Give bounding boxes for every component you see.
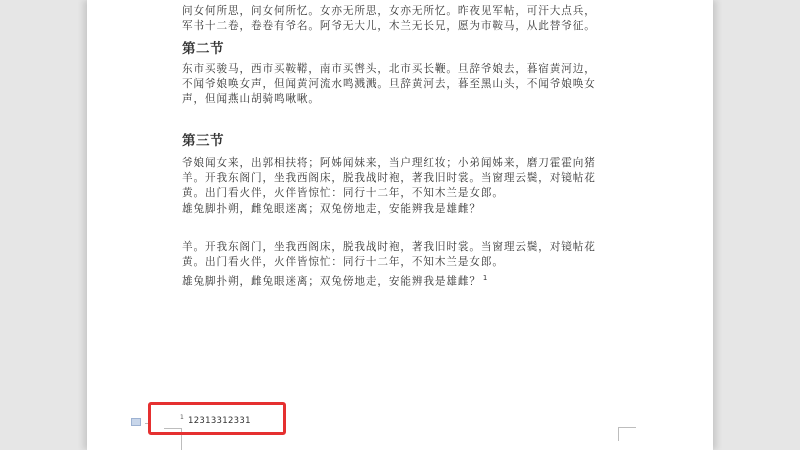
section3-paragraph-4[interactable]: 雄兔脚扑朔，雌兔眼迷离；双兔傍地走，安能辨我是雄雌？1	[182, 271, 488, 290]
text-line: 羊。开我东阁门，坐我西阁床，脱我战时袍，著我旧时裳。当窗理云鬓，对镜帖花	[182, 171, 596, 186]
section2-paragraph[interactable]: 东市买骏马，西市买鞍鞯，南市买辔头，北市买长鞭。旦辞爷娘去，暮宿黄河边， 不闻爷…	[182, 62, 596, 108]
footnote-highlight-box	[148, 402, 286, 435]
text-line: 军书十二卷，卷卷有爷名。阿爷无大儿，木兰无长兄，愿为市鞍马，从此替爷征。	[182, 19, 596, 34]
document-workspace: 问女何所思，问女何所忆。女亦无所思，女亦无所忆。昨夜见军帖，可汗大点兵， 军书十…	[0, 0, 800, 450]
text-line: 羊。开我东阁门，坐我西阁床，脱我战时袍，著我旧时裳。当窗理云鬓，对镜帖花	[182, 240, 596, 255]
section-heading-2[interactable]: 第二节	[182, 37, 224, 57]
text-line: 黄。出门看火伴，火伴皆惊忙：同行十二年，不知木兰是女郎。	[182, 255, 596, 270]
section3-paragraph-1[interactable]: 爷娘闻女来，出郭相扶将；阿姊闻妹来，当户理红妆；小弟闻姊来，磨刀霍霍向猪 羊。开…	[182, 156, 596, 202]
text-line: 雄兔脚扑朔，雌兔眼迷离；双兔傍地走，安能辨我是雄雌？1	[182, 271, 488, 290]
section3-paragraph-3[interactable]: 羊。开我东阁门，坐我西阁床，脱我战时袍，著我旧时裳。当窗理云鬓，对镜帖花 黄。出…	[182, 240, 596, 270]
text-line: 东市买骏马，西市买鞍鞯，南市买辔头，北市买长鞭。旦辞爷娘去，暮宿黄河边，	[182, 62, 596, 77]
document-icon[interactable]	[131, 418, 141, 426]
section-heading-3[interactable]: 第三节	[182, 129, 224, 149]
text-line: 雄兔脚扑朔，雌兔眼迷离；双兔傍地走，安能辨我是雄雌？	[182, 202, 481, 217]
section3-paragraph-2[interactable]: 雄兔脚扑朔，雌兔眼迷离；双兔傍地走，安能辨我是雄雌？	[182, 202, 481, 217]
margin-corner-marker-right	[618, 427, 636, 441]
document-page[interactable]: 问女何所思，问女何所忆。女亦无所思，女亦无所忆。昨夜见军帖，可汗大点兵， 军书十…	[87, 0, 713, 450]
text-line: 爷娘闻女来，出郭相扶将；阿姊闻妹来，当户理红妆；小弟闻姊来，磨刀霍霍向猪	[182, 156, 596, 171]
text-line: 问女何所思，问女何所忆。女亦无所思，女亦无所忆。昨夜见军帖，可汗大点兵，	[182, 4, 596, 19]
footnote-reference[interactable]: 1	[483, 274, 488, 282]
text-line: 黄。出门看火伴，火伴皆惊忙：同行十二年，不知木兰是女郎。	[182, 186, 596, 201]
text-content: 雄兔脚扑朔，雌兔眼迷离；双兔傍地走，安能辨我是雄雌？	[182, 276, 481, 288]
text-line: 不闻爷娘唤女声，但闻黄河流水鸣溅溅。旦辞黄河去，暮至黑山头，不闻爷娘唤女	[182, 77, 596, 92]
paragraph-top[interactable]: 问女何所思，问女何所忆。女亦无所思，女亦无所忆。昨夜见军帖，可汗大点兵， 军书十…	[182, 4, 596, 34]
text-line: 声，但闻燕山胡骑鸣啾啾。	[182, 92, 596, 107]
